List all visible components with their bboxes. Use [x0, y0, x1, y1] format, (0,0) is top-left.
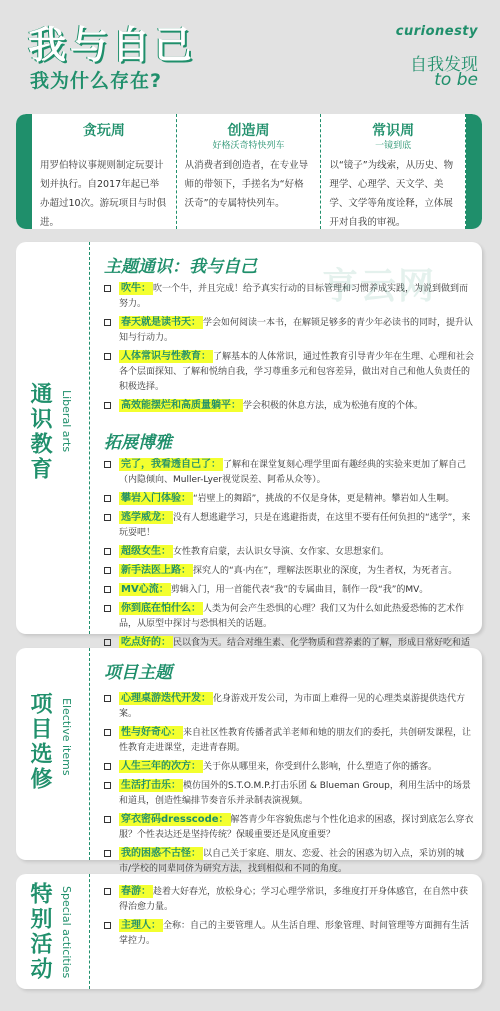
checkbox-icon [104, 495, 111, 502]
checkbox-icon [104, 888, 111, 895]
checkbox-icon [104, 639, 111, 646]
checkbox-icon [104, 514, 111, 521]
week-description: 以“镜子”为线索，从历史、物理学、心理学、天文学、美学、文学等角度诠释，立体展开… [329, 156, 457, 229]
list-item: 攀岩入门体验：“岩壁上的舞蹈”，挑战的不仅是身体，更是精神。攀岩如人生啊。 [104, 491, 474, 507]
list-item: 你到底在怕什么：人类为何会产生恐惧的心理？我们又为什么如此热爱恐怖的艺术作品，从… [104, 601, 474, 632]
section-special-activities: 特别活动 Special acticities 春游：趁着大好春光，放松身心；学… [16, 874, 482, 989]
page-subtitle: 我为什么存在? [30, 66, 162, 93]
item-text: 女性教育启蒙，去认识女导演、女作家、女思想家们。 [173, 547, 389, 557]
week-title: 创造周 [185, 120, 313, 138]
item-text: 趁着大好春光，放松身心；学习心理学常识，多维度打开身体感官，在自然中获得治愈力量… [119, 887, 468, 912]
tagline-en: to be [434, 70, 478, 90]
list-item: 我的困惑不古怪：以自己关于家庭、朋友、恋爱、社会的困惑为切入点，采访别的城市/学… [104, 846, 474, 877]
list-item: 春游：趁着大好春光，放松身心；学习心理学常识，多维度打开身体感官，在自然中获得治… [104, 884, 474, 915]
section-title-en: Elective items [60, 698, 73, 776]
list-item: 完了，我看透自己了：了解和在课堂复刻心理学里面有趣经典的实验来更加了解自己（内隐… [104, 457, 474, 488]
list-item: 高效能摆烂和高质量躺平：学会积极的休息方法，成为松弛有度的个体。 [104, 398, 474, 414]
checkbox-icon [104, 548, 111, 555]
item-key: 逃学威龙： [119, 511, 173, 524]
item-key: 主理人： [119, 919, 163, 932]
item-key: 高效能摆烂和高质量躺平： [119, 399, 243, 412]
item-key: 我的困惑不古怪： [119, 847, 203, 860]
group-heading: 项目主题 [104, 658, 474, 683]
list-item: 逃学威龙：没有人想逃避学习，只是在逃避指责，在这里不要有任何负担的“逃学”，来玩… [104, 510, 474, 541]
list-item: 春天就是读书天：学会如何阅读一本书，在解锁足够多的青少年必读书的同时，提升认知与… [104, 315, 474, 346]
week-description: 从消费者到创造者，在专业导师的带领下，手搓名为“好格沃奇”的专属特快列车。 [185, 156, 313, 213]
section-title-cn: 特别活动 [24, 882, 55, 982]
week-subtitle: 一镜到底 [329, 138, 457, 150]
item-key: 你到底在怕什么： [119, 602, 203, 615]
section-title-en: Liberal arts [60, 390, 73, 452]
checkbox-icon [104, 402, 111, 409]
week-description: 用罗伯特议事规则制定玩耍计划并执行。自2017年起已举办超过10次。游玩项目与时… [40, 156, 168, 229]
list-item: 新手法医上路：探究人的“真·内在”，理解法医职业的深度，为生者权，为死者言。 [104, 563, 474, 579]
checkbox-icon [104, 461, 111, 468]
checkbox-icon [104, 695, 111, 702]
section-body: 春游：趁着大好春光，放松身心；学习心理学常识，多维度打开身体感官，在自然中获得治… [104, 884, 474, 952]
card-accent-left [16, 114, 32, 229]
section-body: 项目主题 心理桌游迭代开发：化身游戏开发公司，为市面上难得一见的心理类桌游提供迭… [104, 658, 474, 880]
section-title-cn: 通识教育 [24, 382, 55, 482]
list-item: MV心流：剪辑入门，用一首能代表“我”的专属曲目，制作一段“我”的MV。 [104, 582, 474, 598]
week-subtitle: 好格沃奇特快列车 [185, 138, 313, 150]
item-key: 新手法医上路： [119, 564, 193, 577]
list-item: 穿衣密码dresscode：解答青少年容貌焦虑与个性化追求的困惑，探讨到底怎么穿… [104, 812, 474, 843]
checkbox-icon [104, 567, 111, 574]
item-key: 穿衣密码dresscode： [119, 813, 231, 826]
checkbox-icon [104, 763, 111, 770]
list-item: 人体常识与性教育：了解基本的人体常识，通过性教育引导青少年在生理、心理和社会各个… [104, 349, 474, 395]
page-title: 我与自己 [28, 14, 196, 69]
item-text: 关于你从哪里来，你受到什么影响，什么塑造了你的播客。 [203, 762, 437, 772]
weeks-card: 贪玩周 用罗伯特议事规则制定玩耍计划并执行。自2017年起已举办超过10次。游玩… [16, 114, 482, 229]
list-item: 超级女生：女性教育启蒙，去认识女导演、女作家、女思想家们。 [104, 544, 474, 560]
item-key: 完了，我看透自己了： [119, 458, 223, 471]
item-key: 超级女生： [119, 545, 173, 558]
checkbox-icon [104, 586, 111, 593]
checkbox-icon [104, 285, 111, 292]
checkbox-icon [104, 850, 111, 857]
item-key: 生活打击乐： [119, 779, 183, 792]
section-title-cn: 项目选修 [24, 692, 55, 792]
item-key: 性与好奇心： [119, 726, 183, 739]
section-side-label: 通识教育 Liberal arts [16, 242, 90, 634]
watermark: 亨云网 [322, 258, 436, 309]
section-body: 主题通识：我与自己 吹牛：吹一个牛，并且完成！给予真实行动的目标管理和习惯养成实… [104, 252, 474, 669]
week-column-knowledge: 常识周 一镜到底 以“镜子”为线索，从历史、物理学、心理学、天文学、美学、文学等… [321, 114, 466, 229]
checkbox-icon [104, 782, 111, 789]
card-accent-right [466, 114, 482, 229]
item-key: 人生三年的次方： [119, 760, 203, 773]
checkbox-icon [104, 353, 111, 360]
item-text: “岩壁上的舞蹈”，挑战的不仅是身体，更是精神。攀岩如人生啊。 [193, 494, 454, 504]
checkbox-icon [104, 816, 111, 823]
list-item: 性与好奇心：来自社区性教育传播者武羊老师和她的朋友们的委托，共创研发课程，让性教… [104, 725, 474, 756]
item-text: 学会积极的休息方法，成为松弛有度的个体。 [243, 401, 423, 411]
section-side-label: 项目选修 Elective items [16, 648, 90, 860]
list-item: 人生三年的次方：关于你从哪里来，你受到什么影响，什么塑造了你的播客。 [104, 759, 474, 775]
checkbox-icon [104, 922, 111, 929]
checkbox-icon [104, 605, 111, 612]
section-title-en: Special acticities [60, 886, 73, 978]
item-key: 心理桌游迭代开发： [119, 692, 213, 705]
page-header: 我与自己 我为什么存在? curionesty 自我发现 to be [0, 0, 500, 110]
section-elective-items: 项目选修 Elective items 项目主题 心理桌游迭代开发：化身游戏开发… [16, 648, 482, 860]
week-title: 常识周 [329, 120, 457, 138]
item-key: 春天就是读书天： [119, 316, 203, 329]
item-text: 剪辑入门，用一首能代表“我”的专属曲目，制作一段“我”的MV。 [171, 585, 429, 595]
week-column-play: 贪玩周 用罗伯特议事规则制定玩耍计划并执行。自2017年起已举办超过10次。游玩… [32, 114, 177, 229]
item-key: 攀岩入门体验： [119, 492, 193, 505]
brand-logo: curionesty [396, 24, 478, 39]
checkbox-icon [104, 729, 111, 736]
week-subtitle [40, 138, 168, 150]
group-heading: 拓展博雅 [104, 428, 474, 453]
list-item: 心理桌游迭代开发：化身游戏开发公司，为市面上难得一见的心理类桌游提供迭代方案。 [104, 691, 474, 722]
item-key: 人体常识与性教育： [119, 350, 213, 363]
item-text: 探究人的“真·内在”，理解法医职业的深度，为生者权，为死者言。 [193, 566, 457, 576]
section-side-label: 特别活动 Special acticities [16, 874, 90, 989]
item-key: 吹牛： [119, 282, 153, 295]
list-item: 主理人：全称：自己的主要管理人。从生活自理、形象管理、时间管理等方面拥有生活掌控… [104, 918, 474, 949]
item-text: 全称：自己的主要管理人。从生活自理、形象管理、时间管理等方面拥有生活掌控力。 [119, 921, 469, 946]
week-column-create: 创造周 好格沃奇特快列车 从消费者到创造者，在专业导师的带领下，手搓名为“好格沃… [177, 114, 322, 229]
item-key: 春游： [119, 885, 153, 898]
checkbox-icon [104, 319, 111, 326]
list-item: 生活打击乐：模仿国外的S.T.O.M.P.打击乐团 & Blueman Grou… [104, 778, 474, 809]
week-title: 贪玩周 [40, 120, 168, 138]
item-key: MV心流： [119, 583, 171, 596]
